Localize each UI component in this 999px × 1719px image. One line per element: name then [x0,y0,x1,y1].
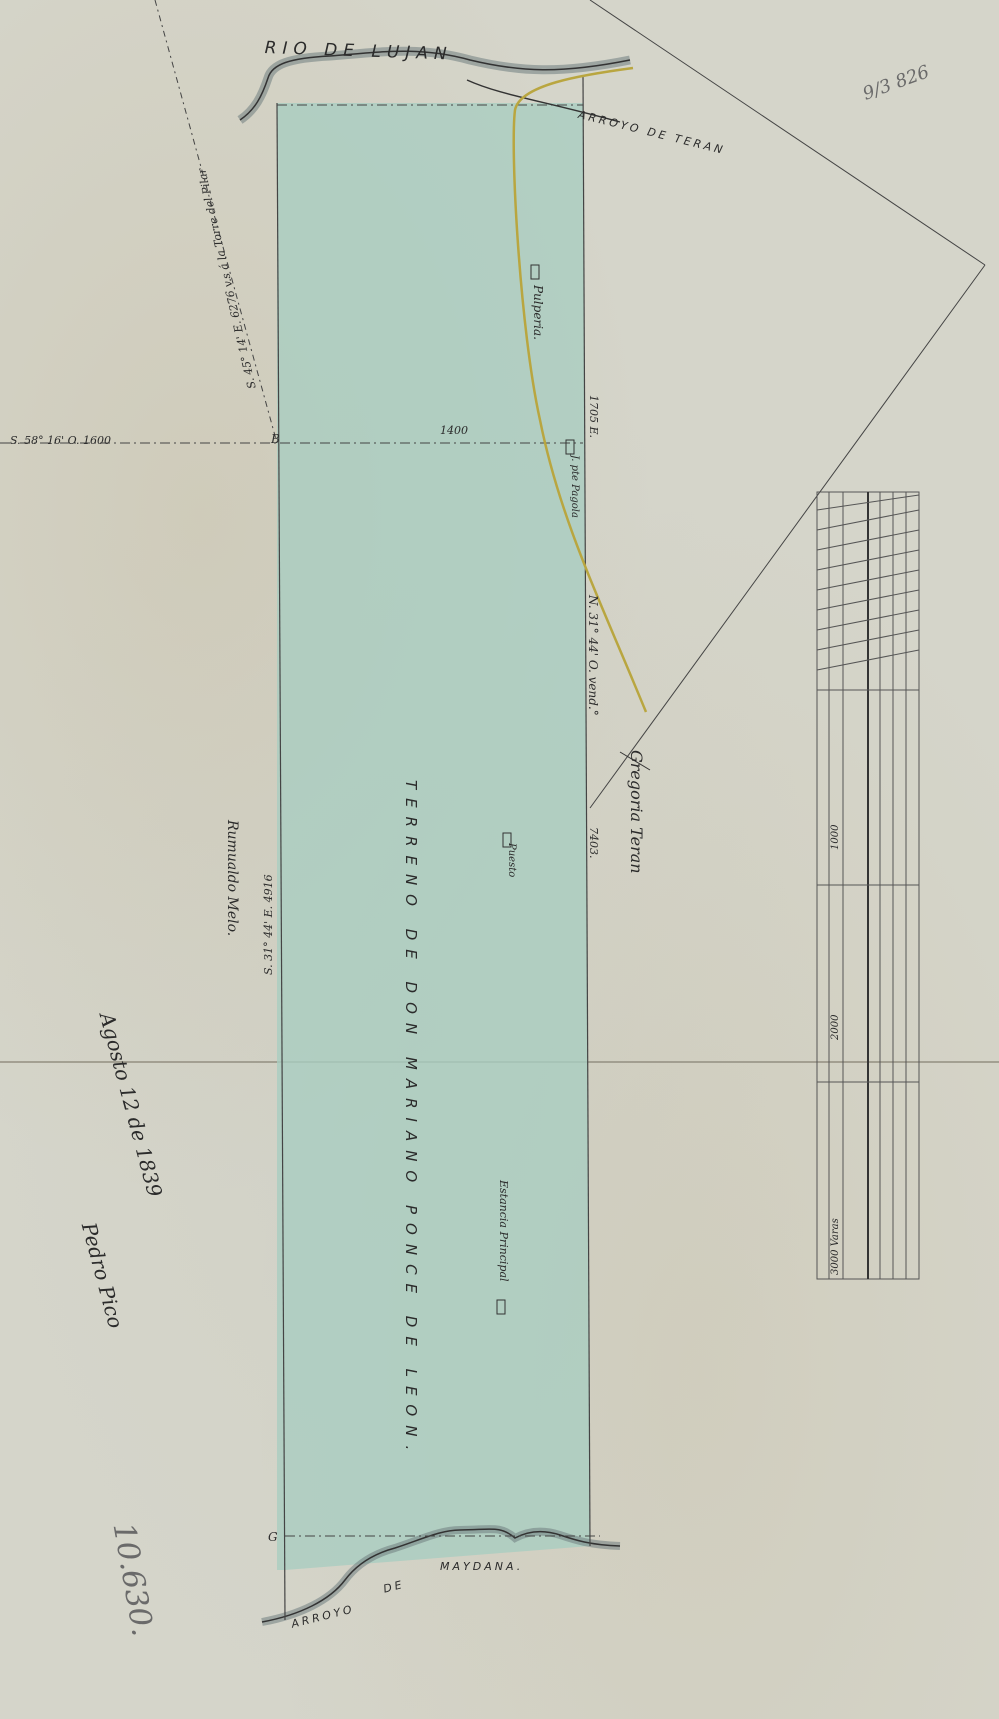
right-label-2: 7403. [587,827,600,859]
scale-title: 3000 Varas [830,1218,841,1275]
arroyo-maydana-label-3: MAYDANA. [440,1560,523,1573]
parcel-title: TERRENO DE DON MARIANO PONCE DE LEON. [402,780,420,1459]
bearing-mid-left: S. 58° 16' O. 1600 [10,434,111,447]
left-side-bearing: S. 31° 44' E. 4916 [262,874,275,975]
right-label-1: 1705 E. [587,395,600,438]
survey-map: RIO DE LUJAN ARROYO DE TERAN TERRENO DE … [0,0,999,1719]
building-pagola-label: J. pte Pagola [569,455,580,518]
mid-measure: 1400 [440,424,468,437]
building-estancia-label: Estancia Principal [497,1180,510,1282]
corner-g: G [268,1530,278,1544]
scale-tick-1000: 1000 [830,825,841,850]
scale-tick-2000: 2000 [830,1015,841,1040]
corner-b: B [271,432,280,446]
building-pulperia-label: Pulperia. [531,285,545,340]
map-linework [0,0,999,1719]
neighbor-left: Rumualdo Melo. [224,820,240,936]
right-bearing: N. 31° 44' O. vend.° [586,595,600,716]
building-puesto-label: Puesto [506,843,517,877]
scale-bar [817,492,919,1279]
neighbor-right: Gregoria Teran [627,750,646,874]
